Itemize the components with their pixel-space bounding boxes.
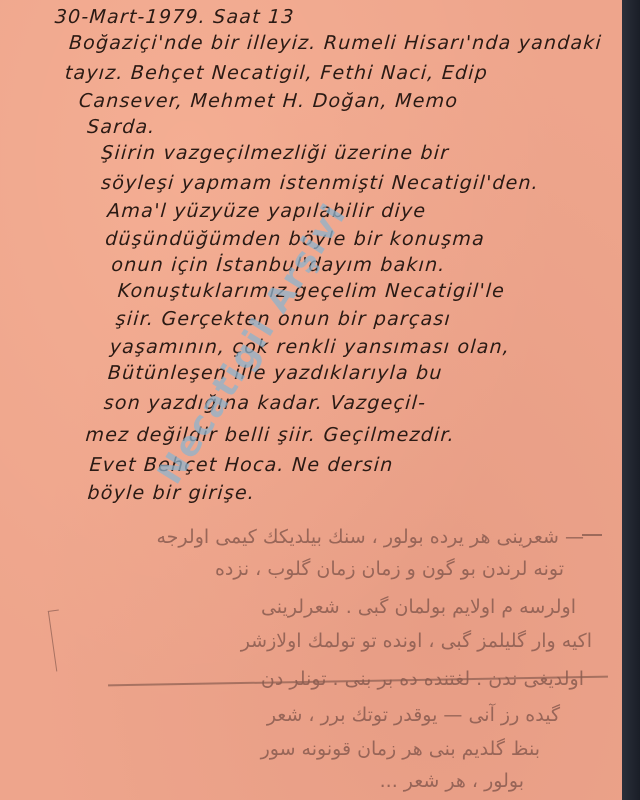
ink-line: Konuştuklarımız geçelim Necatigil'le bbox=[117, 280, 506, 302]
pencil-line: بنظ گلدیم بنی هر زمان قونونه سور bbox=[261, 738, 540, 760]
manuscript-page: 30-Mart-1979. Saat 13 Boğaziçi'nde bir i… bbox=[0, 0, 624, 800]
pencil-line: بولور ، هر شعر ... bbox=[380, 770, 524, 792]
date-line: 30-Mart-1979. Saat 13 bbox=[54, 6, 295, 28]
ink-line: düşündüğümden böyle bir konuşma bbox=[105, 228, 486, 250]
pencil-line: اکیه وار گلیلمز گبی ، اونده تو تولمك اول… bbox=[241, 630, 592, 652]
ink-line: son yazdığına kadar. Vazgeçil- bbox=[103, 392, 427, 414]
scan-background-edge bbox=[622, 0, 640, 800]
ink-line: şiir. Gerçekten onun bir parçası bbox=[115, 308, 452, 330]
pencil-line: گیده رز آنی — یوقدر توتك برر ، شعر bbox=[267, 704, 560, 726]
pencil-line: تونه لرندن بو گون و زمان زمان گلوب ، نزد… bbox=[215, 558, 564, 580]
pencil-bracket-mark bbox=[48, 610, 67, 672]
pencil-dash-mark bbox=[582, 534, 602, 536]
ink-line: Şiirin vazgeçilmezliği üzerine bir bbox=[101, 142, 451, 164]
ink-line: Cansever, Mehmet H. Doğan, Memo bbox=[78, 90, 459, 112]
ink-line: yaşamının, çok renkli yansıması olan, bbox=[109, 336, 511, 358]
ink-line: Sarda. bbox=[86, 116, 156, 138]
ink-line: Bütünleşen ille yazdıklarıyla bu bbox=[107, 362, 443, 384]
ink-line: mez değildir belli şiir. Geçilmezdir. bbox=[85, 424, 456, 446]
ink-line: söyleşi yapmam istenmişti Necatigil'den. bbox=[100, 172, 539, 194]
pencil-line: — شعرینی هر یرده بولور ، سنك بیلدیکك کیم… bbox=[157, 526, 585, 548]
ink-line: Ama'l yüzyüze yapılabilir diye bbox=[106, 200, 427, 222]
ink-line: onun için İstanbul'dayım bakın. bbox=[111, 254, 447, 276]
ink-line: tayız. Behçet Necatigil, Fethi Naci, Edi… bbox=[64, 62, 489, 84]
ink-line: Evet Behçet Hoca. Ne dersin bbox=[89, 454, 395, 476]
ink-line: böyle bir girişe. bbox=[87, 482, 256, 504]
pencil-line: اولرسه م اولایم بولمان گبی . شعرلرینی bbox=[261, 596, 576, 618]
ink-line: Boğaziçi'nde bir illeyiz. Rumeli Hisarı'… bbox=[68, 32, 603, 54]
